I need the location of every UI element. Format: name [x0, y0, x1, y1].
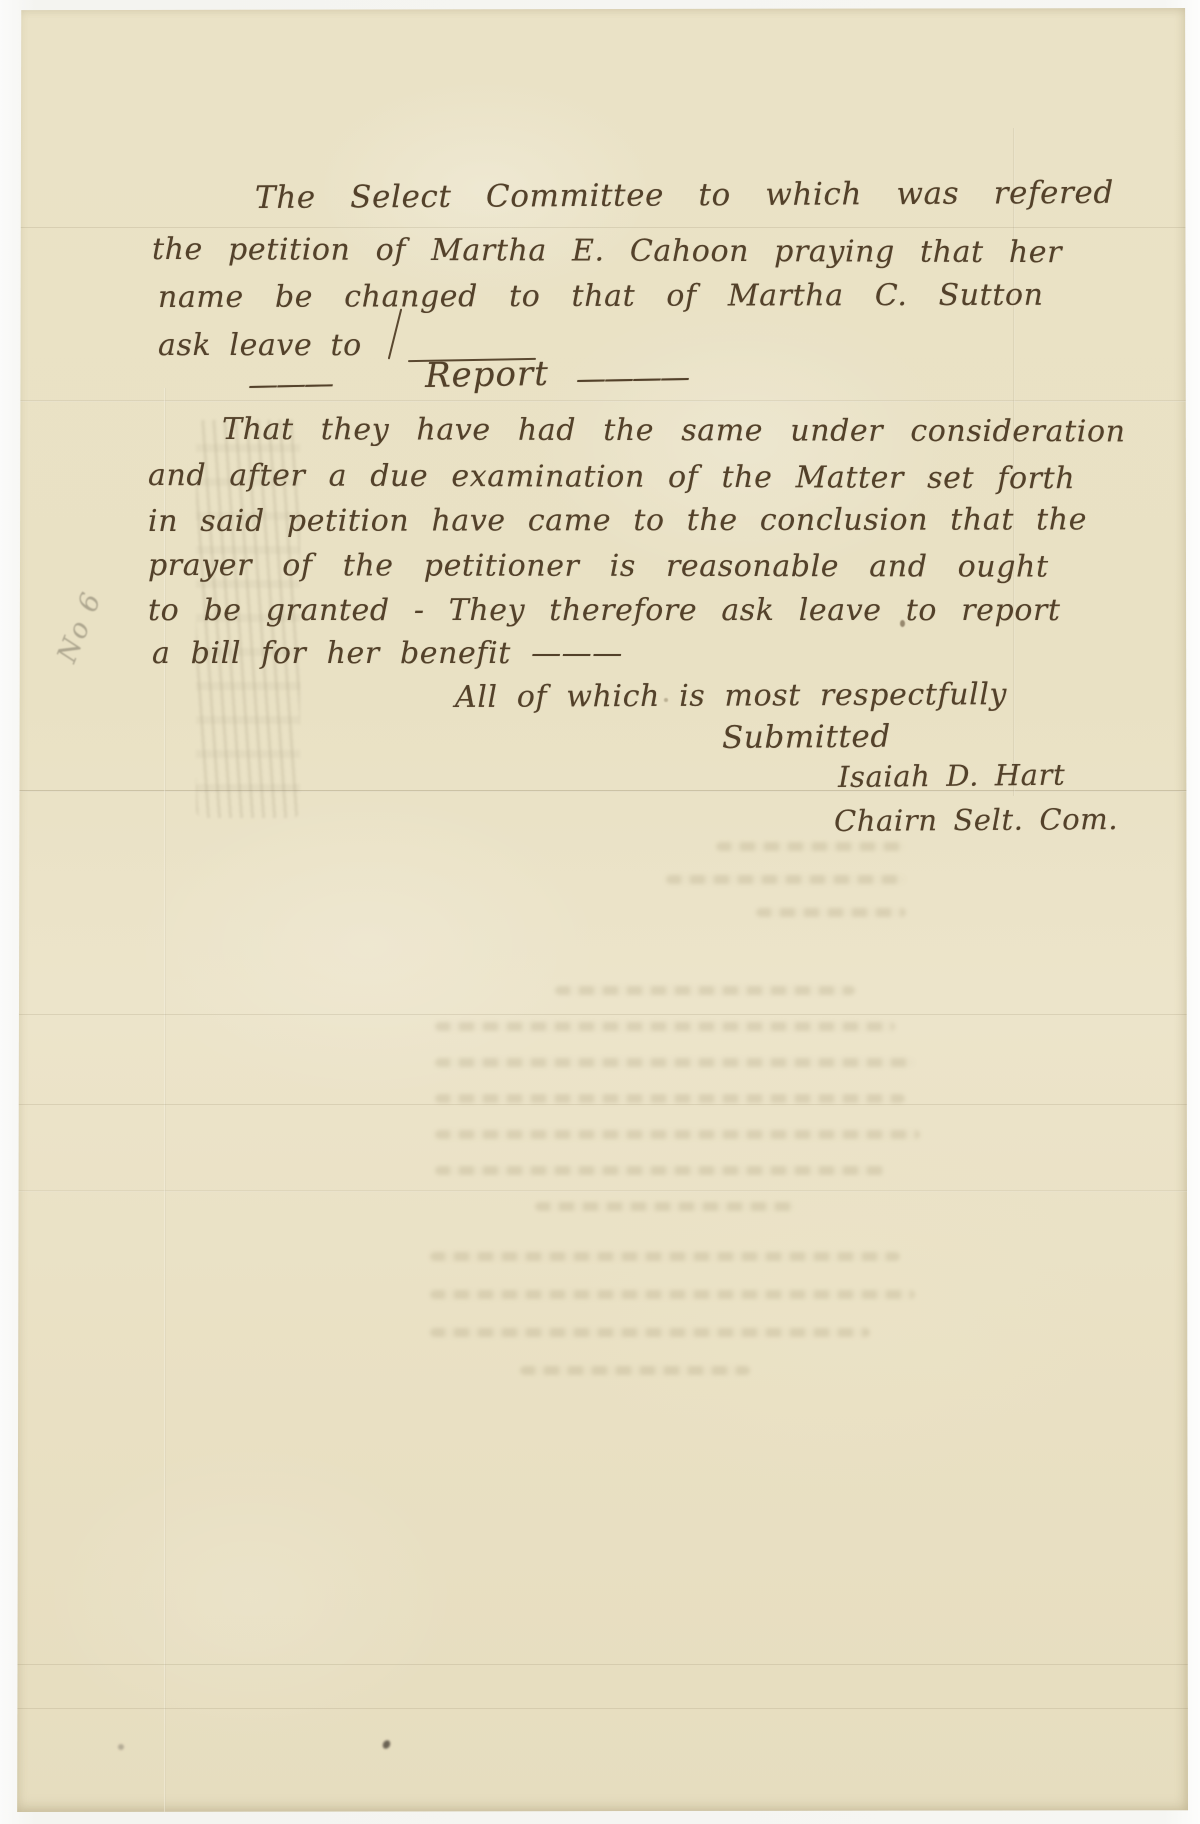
ink-flourish — [388, 309, 403, 360]
ink-speck — [664, 698, 668, 702]
ink-bleed-through-line — [666, 875, 906, 884]
ruled-line — [16, 227, 1188, 228]
closing-line: All of which is most respectfully — [455, 677, 1007, 715]
ink-bleed-through-block — [620, 842, 906, 941]
manuscript-line: and after a due examination of the Matte… — [148, 458, 1075, 496]
manuscript-line: prayer of the petitioner is reasonable a… — [148, 548, 1049, 585]
ink-bleed-through-line — [716, 842, 906, 851]
margin-note: No 6 — [52, 572, 114, 667]
ink-bleed-through-line — [435, 1166, 885, 1175]
report-heading: Report — [425, 354, 550, 396]
manuscript-line: in said petition have came to the conclu… — [148, 502, 1087, 539]
report-dash-left: ——— — [248, 366, 333, 403]
manuscript-line: That they have had the same under consid… — [222, 412, 1126, 449]
ink-bleed-through-line — [435, 1022, 895, 1031]
ink-bleed-through-block — [435, 986, 931, 1238]
scan-background: No 6 The Select Committee to which was r… — [0, 0, 1200, 1824]
signature-name: Isaiah D. Hart — [838, 758, 1066, 794]
ink-bleed-through-line — [435, 1094, 905, 1103]
document-page: No 6 The Select Committee to which was r… — [16, 8, 1188, 1812]
paper-speck — [118, 1744, 124, 1750]
ink-bleed-through-line — [756, 908, 906, 917]
manuscript-line: The Select Committee to which was refere… — [255, 175, 1114, 216]
closing-line: Submitted — [722, 719, 891, 756]
ink-bleed-through-line — [520, 1366, 750, 1375]
ruled-line — [16, 1664, 1188, 1665]
ink-bleed-through-line — [555, 986, 855, 995]
ink-bleed-through-line — [535, 1202, 795, 1211]
report-dash-right: ———— — [576, 360, 689, 397]
ink-bleed-through-line — [435, 1058, 915, 1067]
manuscript-line: to be granted - They therefore ask leave… — [148, 593, 1061, 628]
ruled-line — [16, 1708, 1188, 1709]
ink-bleed-through-line — [430, 1290, 915, 1299]
manuscript-line: a bill for her benefit ——— — [152, 636, 623, 671]
ink-bleed-through-line — [435, 1130, 920, 1139]
signature-title: Chairn Selt. Com. — [834, 802, 1118, 838]
ink-bleed-through-line — [430, 1328, 870, 1337]
ink-speck — [381, 1739, 392, 1750]
manuscript-line: the petition of Martha E. Cahoon praying… — [152, 232, 1062, 270]
ink-speck — [900, 620, 905, 627]
manuscript-line: ask leave to — [158, 328, 362, 363]
ink-bleed-through-line — [430, 1252, 900, 1261]
manuscript-line: name be changed to that of Martha C. Sut… — [158, 278, 1044, 315]
ink-bleed-through-block — [430, 1252, 920, 1404]
